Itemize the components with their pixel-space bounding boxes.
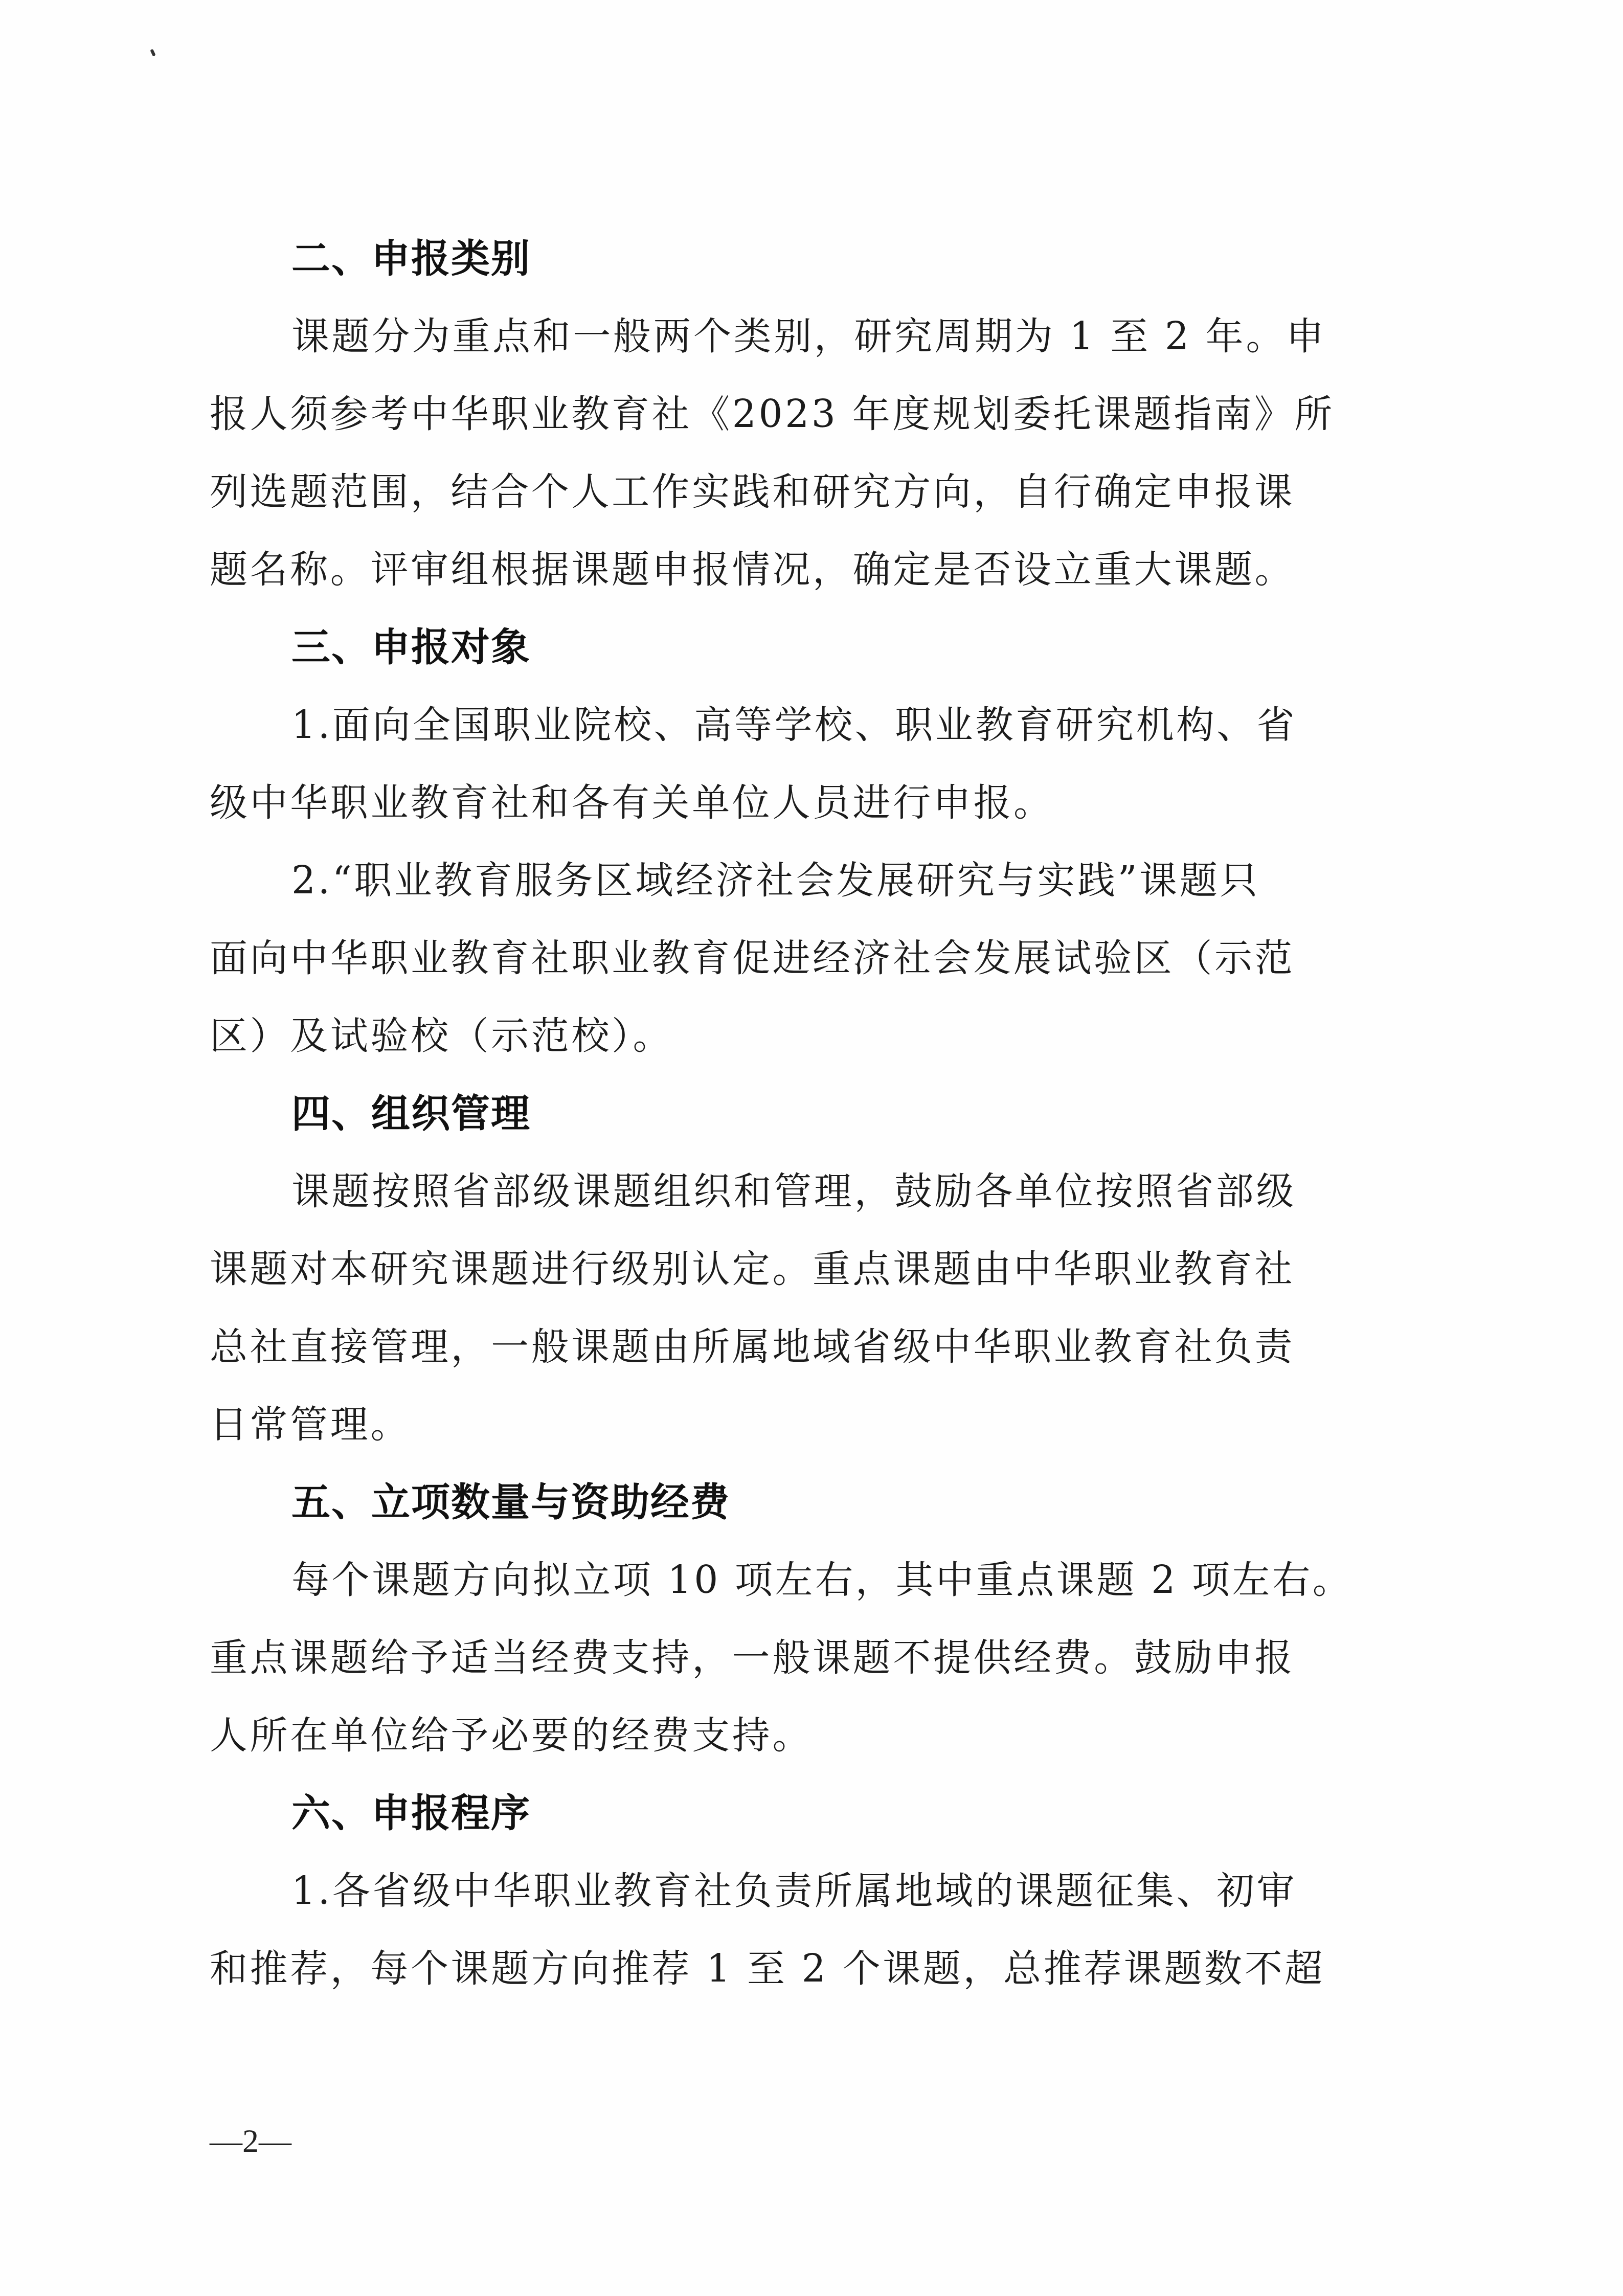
text-line: 课题对本研究课题进行级别认定。重点课题由中华职业教育社 xyxy=(210,1230,1409,1308)
paragraph-procedure-1: 1.各省级中华职业教育社负责所属地域的课题征集、初审 和推荐，每个课题方向推荐 … xyxy=(210,1852,1409,2008)
text-line: 重点课题给予适当经费支持，一般课题不提供经费。鼓励申报 xyxy=(210,1619,1409,1697)
text-line: 总社直接管理，一般课题由所属地域省级中华职业教育社负责 xyxy=(210,1308,1409,1386)
text-line: 和推荐，每个课题方向推荐 1 至 2 个课题，总推荐课题数不超 xyxy=(210,1930,1409,2008)
text-line: 2.“职业教育服务区域经济社会发展研究与实践”课题只 xyxy=(210,842,1409,919)
text-line: 报人须参考中华职业教育社《2023 年度规划委托课题指南》所 xyxy=(210,375,1409,453)
paragraph-applicants-1: 1.面向全国职业院校、高等学校、职业教育研究机构、省 级中华职业教育社和各有关单… xyxy=(210,686,1409,842)
document-page: 二、申报类别 课题分为重点和一般两个类别，研究周期为 1 至 2 年。申 报人须… xyxy=(0,0,1623,2296)
document-body: 二、申报类别 课题分为重点和一般两个类别，研究周期为 1 至 2 年。申 报人须… xyxy=(210,220,1409,2008)
scan-speck xyxy=(150,49,155,56)
text-line: 题名称。评审组根据课题申报情况，确定是否设立重大课题。 xyxy=(210,531,1409,609)
page-number: —2— xyxy=(210,2122,291,2160)
text-line: 1.面向全国职业院校、高等学校、职业教育研究机构、省 xyxy=(210,686,1409,764)
section-heading-procedure: 六、申报程序 xyxy=(210,1774,1409,1852)
text-line: 课题按照省部级课题组织和管理，鼓励各单位按照省部级 xyxy=(210,1153,1409,1230)
section-heading-application-category: 二、申报类别 xyxy=(210,220,1409,298)
text-line: 1.各省级中华职业教育社负责所属地域的课题征集、初审 xyxy=(210,1852,1409,1930)
section-heading-management: 四、组织管理 xyxy=(210,1075,1409,1153)
text-line: 列选题范围，结合个人工作实践和研究方向，自行确定申报课 xyxy=(210,453,1409,531)
text-line: 面向中华职业教育社职业教育促进经济社会发展试验区（示范 xyxy=(210,919,1409,997)
text-line: 区）及试验校（示范校）。 xyxy=(210,997,1409,1075)
text-line: 课题分为重点和一般两个类别，研究周期为 1 至 2 年。申 xyxy=(210,298,1409,375)
text-line: 日常管理。 xyxy=(210,1386,1409,1464)
text-line: 人所在单位给予必要的经费支持。 xyxy=(210,1697,1409,1774)
text-line: 级中华职业教育社和各有关单位人员进行申报。 xyxy=(210,764,1409,842)
text-line: 每个课题方向拟立项 10 项左右，其中重点课题 2 项左右。 xyxy=(210,1541,1409,1619)
paragraph-applicants-2: 2.“职业教育服务区域经济社会发展研究与实践”课题只 面向中华职业教育社职业教育… xyxy=(210,842,1409,1075)
paragraph-management: 课题按照省部级课题组织和管理，鼓励各单位按照省部级 课题对本研究课题进行级别认定… xyxy=(210,1153,1409,1464)
section-heading-applicants: 三、申报对象 xyxy=(210,609,1409,686)
paragraph-quota-funding: 每个课题方向拟立项 10 项左右，其中重点课题 2 项左右。 重点课题给予适当经… xyxy=(210,1541,1409,1774)
paragraph-category: 课题分为重点和一般两个类别，研究周期为 1 至 2 年。申 报人须参考中华职业教… xyxy=(210,298,1409,609)
section-heading-quota-funding: 五、立项数量与资助经费 xyxy=(210,1464,1409,1541)
